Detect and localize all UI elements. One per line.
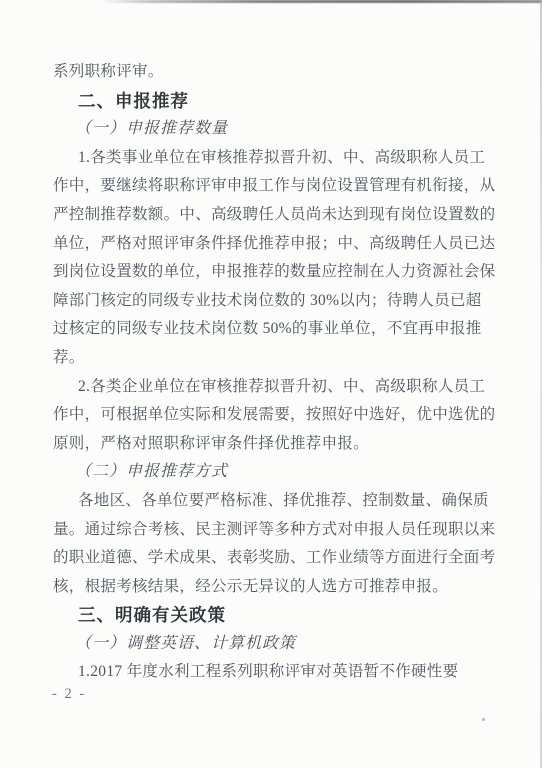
body-line: 2.各类企业单位在审核推荐拟晋升初、中、高级职称人员工 <box>53 373 503 402</box>
body-line: 过核定的同级专业技术岗位数 50%的事业单位，不宜再申报推 <box>53 315 503 344</box>
body-line: 作中，要继续将职称评审申报工作与岗位设置管理有机衔接，从 <box>53 172 503 201</box>
body-line: 1.2017 年度水利工程系列职称评审对英语暂不作硬性要 <box>53 658 503 687</box>
body-line: 严控制推荐数额。中、高级聘任人员尚未达到现有岗位设置数的 <box>53 201 503 230</box>
section-heading: 三、明确有关政策 <box>53 601 503 630</box>
page-number: - 2 - <box>52 686 86 703</box>
subsection-heading: （一）申报推荐数量 <box>53 115 503 144</box>
body-line: 系列职称评审。 <box>53 58 503 87</box>
scan-speck-artifact <box>482 718 485 721</box>
body-line: 到岗位设置数的单位，申报推荐的数量应控制在人力资源社会保 <box>53 258 503 287</box>
body-line: 荐。 <box>53 344 503 373</box>
subsection-heading: （二）申报推荐方式 <box>53 458 503 487</box>
body-line: 单位，严格对照评审条件择优推荐申报；中、高级聘任人员已达 <box>53 230 503 259</box>
document-page: 系列职称评审。 二、申报推荐 （一）申报推荐数量 1.各类事业单位在审核推荐拟晋… <box>0 0 542 768</box>
body-line: 原则，严格对照职称评审条件择优推荐申报。 <box>53 430 503 459</box>
body-line: 的职业道德、学术成果、表彰奖励、工作业绩等方面进行全面考 <box>53 544 503 573</box>
body-line: 1.各类事业单位在审核推荐拟晋升初、中、高级职称人员工 <box>53 144 503 173</box>
document-text-block: 系列职称评审。 二、申报推荐 （一）申报推荐数量 1.各类事业单位在审核推荐拟晋… <box>53 58 503 687</box>
scan-edge-artifact-top <box>100 0 542 3</box>
body-line: 障部门核定的同级专业技术岗位数的 30%以内；待聘人员已超 <box>53 287 503 316</box>
subsection-heading: （一）调整英语、计算机政策 <box>53 630 503 659</box>
section-heading: 二、申报推荐 <box>53 87 503 116</box>
body-line: 量。通过综合考核、民主测评等多种方式对申报人员任现职以来 <box>53 516 503 545</box>
body-line: 各地区、各单位要严格标准、择优推荐、控制数量、确保质 <box>53 487 503 516</box>
body-line: 作中，可根据单位实际和发展需要，按照好中选好，优中选优的 <box>53 401 503 430</box>
body-line: 核，根据考核结果，经公示无异议的人选方可推荐申报。 <box>53 573 503 602</box>
